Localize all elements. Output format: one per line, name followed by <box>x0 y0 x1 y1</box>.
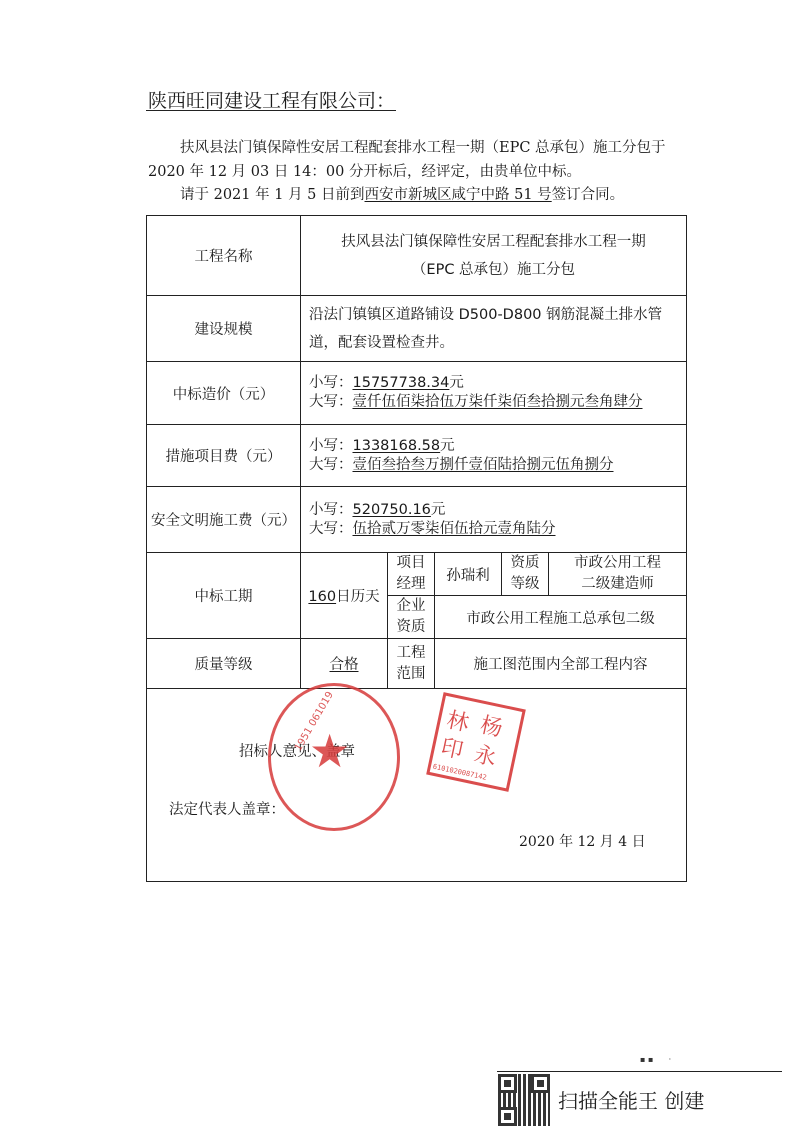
notice-paragraph-line2: 2020 年 12 月 03 日 14：00 分开标后，经评定，由贵单位中标。 <box>148 160 581 181</box>
row-project-name: 工程名称 扶风县法门镇保障性安居工程配套排水工程一期 （EPC 总承包）施工分包 <box>147 216 687 296</box>
company-qual-label: 企业资质 <box>388 596 435 639</box>
duration-value: 160日历天 <box>301 553 388 639</box>
qr-finder <box>531 1074 550 1093</box>
scope-label-text: 工程范围 <box>396 643 426 685</box>
seal-char-3: 印 <box>438 730 466 765</box>
safety-fee-value: 小写：520750.16元 大写：伍拾贰万零柒佰伍拾元壹角陆分 <box>301 487 687 553</box>
project-name-label: 工程名称 <box>147 216 301 296</box>
measures-fee-label: 措施项目费（元） <box>147 425 301 487</box>
measures-fee-small-value: 1338168.58 <box>353 438 441 454</box>
measures-fee-value: 小写：1338168.58元 大写：壹佰叁拾叁万捌仟壹佰陆拾捌元伍角捌分 <box>301 425 687 487</box>
measures-fee-large-label: 大写： <box>309 457 353 473</box>
qual-label: 资质等级 <box>502 553 549 595</box>
scale-label: 建设规模 <box>147 296 301 362</box>
seal-char-4: 永 <box>472 737 500 772</box>
pm-label-text: 项目经理 <box>396 553 426 595</box>
company-seal-stamp: ★ 1951 061019 <box>268 683 400 831</box>
signing-instruction: 请于 2021 年 1 月 5 日前到西安市新城区咸宁中路 51 号签订合同。 <box>180 183 624 204</box>
scale-line2: 道，配套设置检查井。 <box>309 329 686 357</box>
scale-line1: 沿法门镇镇区道路铺设 D500-D800 钢筋混凝土排水管 <box>309 301 686 329</box>
scale-value: 沿法门镇镇区道路铺设 D500-D800 钢筋混凝土排水管 道，配套设置检查井。 <box>301 296 687 362</box>
company-qual-label-text: 企业资质 <box>396 596 426 638</box>
project-name-value: 扶风县法门镇保障性安居工程配套排水工程一期 （EPC 总承包）施工分包 <box>301 216 687 296</box>
qual-label-text: 资质等级 <box>510 553 540 595</box>
scan-artifacts: ▪ ▪ · <box>640 1055 671 1064</box>
signing-suffix: 签订合同。 <box>552 187 625 203</box>
pm-value: 孙瑞利 <box>435 553 502 596</box>
personal-seal-stamp: 林 杨 印 永 6101020087142 <box>426 692 526 792</box>
scope-label: 工程范围 <box>388 639 435 689</box>
footer-divider <box>497 1071 782 1072</box>
quality-label: 质量等级 <box>147 639 301 689</box>
duration-label: 中标工期 <box>147 553 301 639</box>
qualification-cell: 资质等级 市政公用工程二级建造师 <box>502 553 687 596</box>
row-signature: 招标人意见、盖章 法定代表人盖章： 2020 年 12 月 4 日 <box>147 689 687 882</box>
award-info-table: 工程名称 扶风县法门镇保障性安居工程配套排水工程一期 （EPC 总承包）施工分包… <box>146 215 687 882</box>
safety-fee-large-label: 大写： <box>309 521 353 537</box>
project-name-line1: 扶风县法门镇保障性安居工程配套排水工程一期 <box>301 228 686 256</box>
safety-fee-label: 安全文明施工费（元） <box>147 487 301 553</box>
row-bid-price: 中标造价（元） 小写：15757738.34元 大写：壹仟伍佰柒拾伍万柒仟柒佰叁… <box>147 362 687 425</box>
row-measures-fee: 措施项目费（元） 小写：1338168.58元 大写：壹佰叁拾叁万捌仟壹佰陆拾捌… <box>147 425 687 487</box>
row-scale: 建设规模 沿法门镇镇区道路铺设 D500-D800 钢筋混凝土排水管 道，配套设… <box>147 296 687 362</box>
measures-fee-small-unit: 元 <box>440 438 455 454</box>
legal-representative-seal: 法定代表人盖章： <box>169 798 285 819</box>
bid-price-large-value: 壹仟伍佰柒拾伍万柒仟柒佰叁拾捌元叁角肆分 <box>353 394 643 410</box>
measures-fee-small-label: 小写： <box>309 438 353 454</box>
safety-fee-small-label: 小写： <box>309 502 353 518</box>
signing-place: 西安市新城区咸宁中路 51 号 <box>365 187 552 203</box>
safety-fee-small-value: 520750.16 <box>353 502 431 518</box>
addressee-underline <box>146 110 396 111</box>
qr-finder <box>498 1107 517 1126</box>
star-icon: ★ <box>309 728 350 774</box>
quality-value: 合格 <box>301 639 388 689</box>
qual-value-text: 市政公用工程二级建造师 <box>573 553 663 595</box>
addressee: 陕西旺同建设工程有限公司： <box>148 86 395 113</box>
signature-date: 2020 年 12 月 4 日 <box>519 831 646 851</box>
qual-value: 市政公用工程二级建造师 <box>549 553 686 595</box>
notice-paragraph-line1: 扶风县法门镇保障性安居工程配套排水工程一期（EPC 总承包）施工分包于 <box>180 136 666 157</box>
project-name-line2: （EPC 总承包）施工分包 <box>301 256 686 284</box>
row-safety-fee: 安全文明施工费（元） 小写：520750.16元 大写：伍拾贰万零柒佰伍拾元壹角… <box>147 487 687 553</box>
bid-price-small-label: 小写： <box>309 375 353 391</box>
scanner-watermark: 扫描全能王 创建 <box>558 1085 704 1114</box>
safety-fee-large-value: 伍拾贰万零柒佰伍拾元壹角陆分 <box>353 521 556 537</box>
qr-code-icon <box>498 1074 550 1126</box>
scope-value: 施工图范围内全部工程内容 <box>435 639 687 689</box>
measures-fee-large-value: 壹佰叁拾叁万捌仟壹佰陆拾捌元伍角捌分 <box>353 457 614 473</box>
quality-value-text: 合格 <box>330 657 359 673</box>
row-quality: 质量等级 合格 工程范围 施工图范围内全部工程内容 <box>147 639 687 689</box>
duration-number: 160 <box>308 589 336 605</box>
signature-cell: 招标人意见、盖章 法定代表人盖章： 2020 年 12 月 4 日 <box>147 689 687 882</box>
qr-finder <box>498 1074 517 1093</box>
bid-price-large-label: 大写： <box>309 394 353 410</box>
bid-price-label: 中标造价（元） <box>147 362 301 425</box>
duration-unit: 日历天 <box>336 589 380 605</box>
signing-prefix: 请于 2021 年 1 月 5 日前到 <box>180 187 365 203</box>
company-qual-value: 市政公用工程施工总承包二级 <box>435 596 687 639</box>
bid-price-small-value: 15757738.34 <box>353 375 450 391</box>
row-duration-top: 中标工期 160日历天 项目经理 孙瑞利 资质等级 市政公用工程二级建造师 <box>147 553 687 596</box>
bid-price-value: 小写：15757738.34元 大写：壹仟伍佰柒拾伍万柒仟柒佰叁拾捌元叁角肆分 <box>301 362 687 425</box>
safety-fee-small-unit: 元 <box>431 502 446 518</box>
pm-label: 项目经理 <box>388 553 435 596</box>
bid-price-small-unit: 元 <box>449 375 464 391</box>
